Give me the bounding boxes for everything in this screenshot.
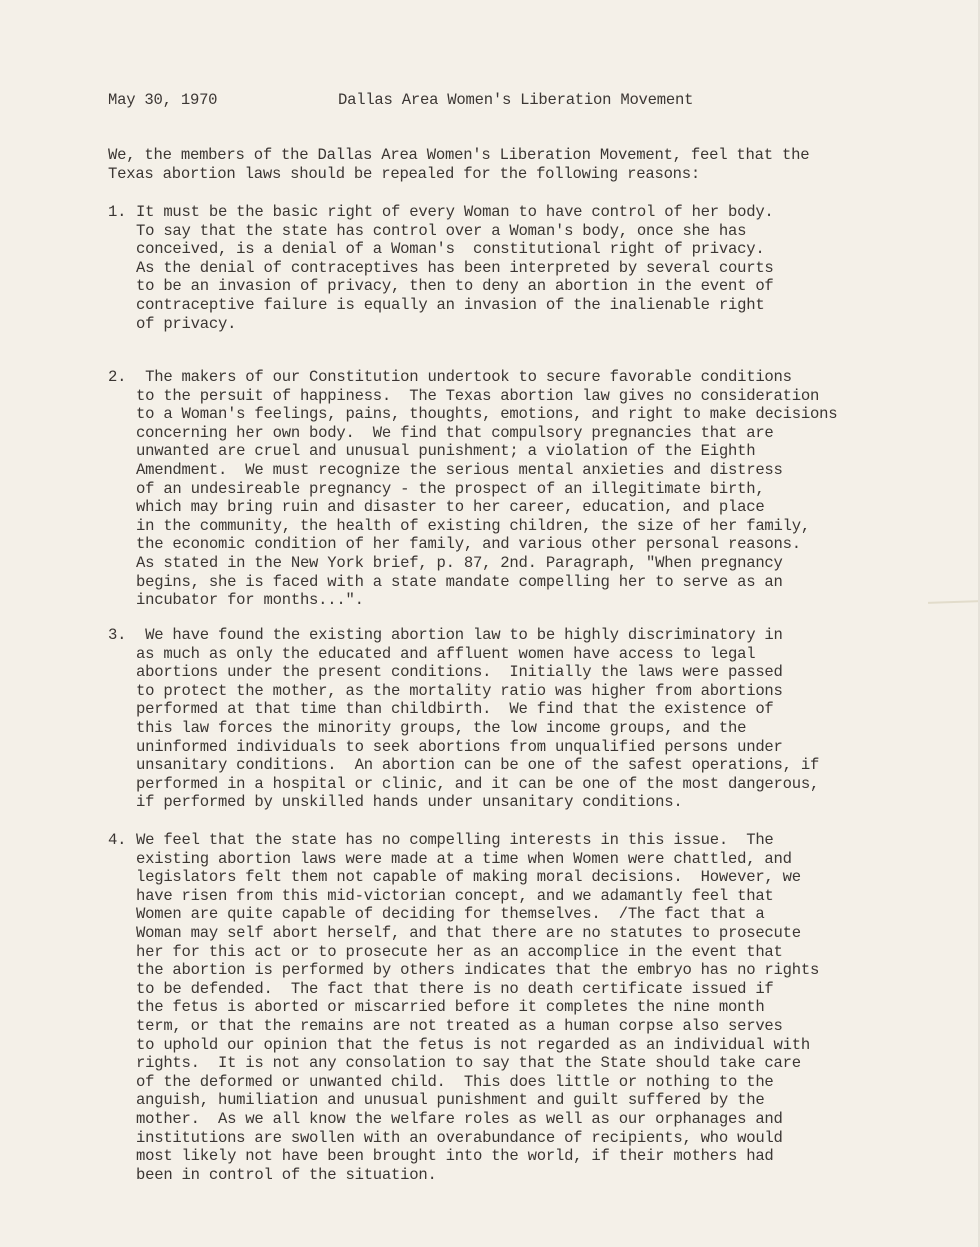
reason-body: It must be the basic right of every Woma…	[136, 203, 191, 365]
reason-line: Amendment. We must recognize the serious…	[136, 461, 783, 479]
reason-line: Woman may self abort herself, and that t…	[136, 924, 801, 942]
reason-line: We have found the existing abortion law …	[136, 626, 783, 644]
reason-line: rights. It is not any consolation to say…	[136, 1054, 801, 1072]
reason-line: It must be the basic right of every Woma…	[136, 203, 774, 221]
reason-line: if performed by unskilled hands under un…	[136, 793, 682, 811]
reason-number: 2.	[108, 368, 126, 386]
reason-1: 1. It must be the basic right of every W…	[108, 203, 144, 275]
reason-body: The makers of our Constitution undertook…	[136, 368, 191, 638]
reason-line: To say that the state has control over a…	[136, 222, 746, 240]
reason-line: contraceptive failure is equally an inva…	[136, 296, 764, 314]
reason-line: this law forces the minority groups, the…	[136, 719, 746, 737]
reason-line: most likely not have been brought into t…	[136, 1147, 774, 1165]
reason-line: Women are quite capable of deciding for …	[136, 905, 764, 923]
reason-line: As stated in the New York brief, p. 87, …	[136, 554, 783, 572]
reason-2: 2. The makers of our Constitution undert…	[108, 368, 144, 440]
intro-line: Texas abortion laws should be repealed f…	[108, 165, 700, 183]
reason-body: We feel that the state has no compelling…	[136, 831, 191, 1209]
reason-line: to uphold our opinion that the fetus is …	[136, 1036, 810, 1054]
reason-4: 4. We feel that the state has no compell…	[108, 831, 144, 903]
reason-body: We have found the existing abortion law …	[136, 626, 191, 842]
reason-line: of an undesireable pregnancy - the prosp…	[136, 480, 764, 498]
reason-line: the abortion is performed by others indi…	[136, 961, 819, 979]
reason-line: As the denial of contraceptives has been…	[136, 259, 774, 277]
document-date: May 30, 1970	[108, 91, 217, 109]
reason-3: 3. We have found the existing abortion l…	[108, 626, 144, 698]
reason-number: 1.	[108, 203, 126, 221]
reason-line: her for this act or to prosecute her as …	[136, 943, 783, 961]
reason-number: 3.	[108, 626, 126, 644]
reason-line: which may bring ruin and disaster to her…	[136, 498, 764, 516]
reason-line: conceived, is a denial of a Woman's cons…	[136, 240, 764, 258]
reason-line: existing abortion laws were made at a ti…	[136, 850, 792, 868]
reason-line: term, or that the remains are not treate…	[136, 1017, 783, 1035]
reason-line: uninformed individuals to seek abortions…	[136, 738, 783, 756]
intro-line: We, the members of the Dallas Area Women…	[108, 146, 809, 164]
reason-line: as much as only the educated and affluen…	[136, 645, 755, 663]
reason-line: in the community, the health of existing…	[136, 517, 810, 535]
reason-line: We feel that the state has no compelling…	[136, 831, 774, 849]
reason-line: The makers of our Constitution undertook…	[136, 368, 792, 386]
reason-line: legislators felt them not capable of mak…	[136, 868, 801, 886]
reason-line: the economic condition of her family, an…	[136, 535, 801, 553]
reason-line: to be defended. The fact that there is n…	[136, 980, 774, 998]
reason-line: anguish, humiliation and unusual punishm…	[136, 1091, 764, 1109]
typewritten-page: May 30, 1970 Dallas Area Women's Liberat…	[0, 0, 980, 1247]
reason-line: unsanitary conditions. An abortion can b…	[136, 756, 819, 774]
reason-line: to protect the mother, as the mortality …	[136, 682, 783, 700]
reason-line: performed in a hospital or clinic, and i…	[136, 775, 819, 793]
reason-line: of privacy.	[136, 315, 236, 333]
reason-line: abortions under the present conditions. …	[136, 663, 783, 681]
reason-line: institutions are swollen with an overabu…	[136, 1129, 783, 1147]
reason-number: 4.	[108, 831, 126, 849]
reason-line: performed at that time than childbirth. …	[136, 700, 774, 718]
reason-line: to the persuit of happiness. The Texas a…	[136, 387, 819, 405]
reason-line: unwanted are cruel and unusual punishmen…	[136, 442, 755, 460]
reason-line: mother. As we all know the welfare roles…	[136, 1110, 783, 1128]
document-title: Dallas Area Women's Liberation Movement	[338, 91, 693, 109]
reason-line: to a Woman's feelings, pains, thoughts, …	[136, 405, 837, 423]
reason-line: begins, she is faced with a state mandat…	[136, 573, 783, 591]
reason-line: incubator for months...".	[136, 591, 364, 609]
reason-line: to be an invasion of privacy, then to de…	[136, 277, 774, 295]
reason-line: been in control of the situation.	[136, 1166, 437, 1184]
paper-crease	[928, 600, 980, 604]
reason-line: the fetus is aborted or miscarried befor…	[136, 998, 764, 1016]
reason-line: have risen from this mid-victorian conce…	[136, 887, 774, 905]
reason-line: of the deformed or unwanted child. This …	[136, 1073, 774, 1091]
reason-line: concerning her own body. We find that co…	[136, 424, 774, 442]
